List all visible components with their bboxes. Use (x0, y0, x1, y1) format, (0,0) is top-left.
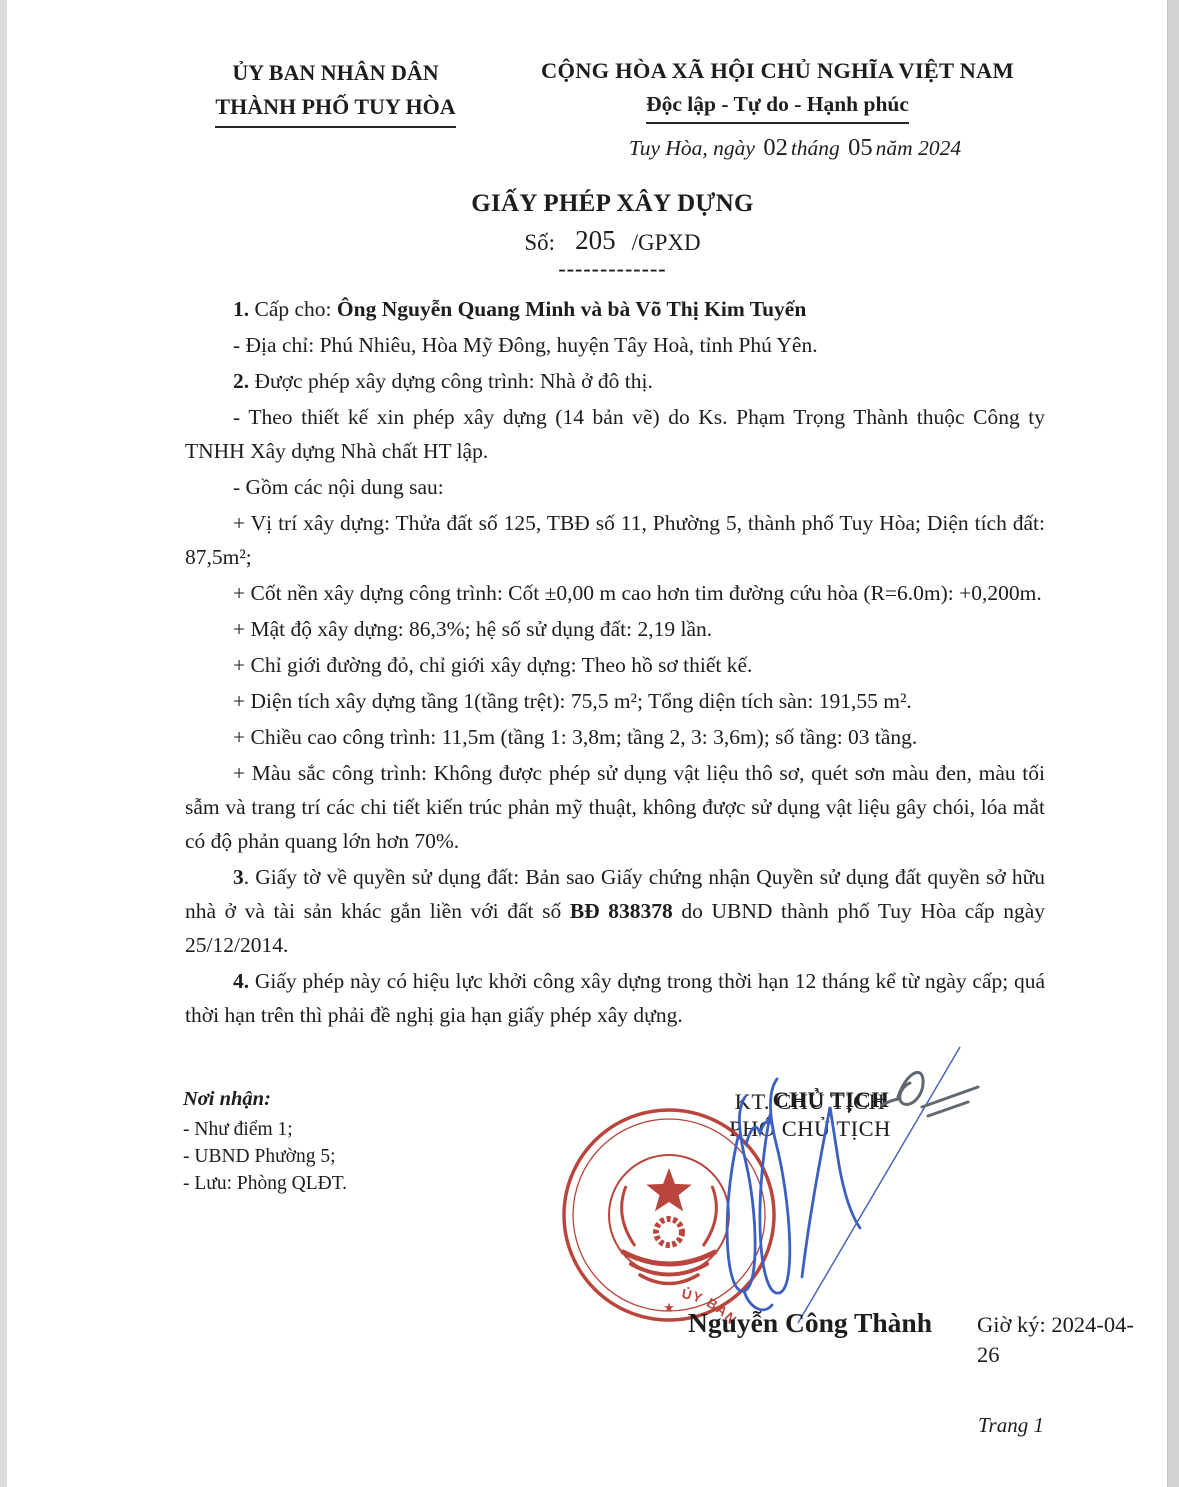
divider-dashes: ------------- (180, 256, 1045, 282)
paragraph: + Mật độ xây dựng: 86,3%; hệ số sử dụng … (185, 612, 1045, 646)
paragraph: - Theo thiết kế xin phép xây dựng (14 bả… (185, 400, 1045, 468)
national-motto: Độc lập - Tự do - Hạnh phúc (646, 88, 909, 124)
paragraph: + Cốt nền xây dựng công trình: Cốt ±0,00… (185, 576, 1045, 610)
pen-initial-mark (882, 1072, 978, 1116)
recipients-list: - Như điểm 1;- UBND Phường 5;- Lưu: Phòn… (183, 1116, 503, 1197)
number-suffix: /GPXD (632, 230, 701, 255)
recipients-label: Nơi nhận: (183, 1086, 503, 1113)
paragraph: - Địa chỉ: Phú Nhiêu, Hòa Mỹ Đông, huyện… (185, 328, 1045, 362)
date-month: 05 (845, 134, 876, 161)
document-body: 1. Cấp cho: Ông Nguyễn Quang Minh và bà … (185, 292, 1045, 1034)
date-day: 02 (760, 134, 791, 161)
paragraph: 3. Giấy tờ về quyền sử dụng đất: Bản sao… (185, 860, 1045, 962)
paragraph: + Diện tích xây dựng tầng 1(tầng trệt): … (185, 684, 1045, 718)
paragraph: 4. Giấy phép này có hiệu lực khởi công x… (185, 964, 1045, 1032)
date-line: Tuy Hòa, ngày 02tháng 05năm 2024 (565, 134, 1025, 162)
number-label: Số: (524, 230, 555, 255)
paragraph: - Gồm các nội dung sau: (185, 470, 1045, 504)
recipient-item: - UBND Phường 5; (183, 1143, 503, 1170)
paragraph: 1. Cấp cho: Ông Nguyễn Quang Minh và bà … (185, 292, 1045, 326)
document-page: ỦY BAN NHÂN DÂN THÀNH PHỐ TUY HÒA CỘNG H… (0, 0, 1179, 1487)
national-title: CỘNG HÒA XÃ HỘI CHỦ NGHĨA VIỆT NAM (525, 54, 1030, 88)
signer-name: Nguyễn Công Thành (650, 1307, 970, 1339)
paragraph: + Màu sắc công trình: Không được phép sử… (185, 756, 1045, 858)
issuer-name: ỦY BAN NHÂN DÂN (188, 56, 483, 90)
paragraph: + Vị trí xây dựng: Thửa đất số 125, TBĐ … (185, 506, 1045, 574)
paragraph: + Chỉ giới đường đỏ, chỉ giới xây dựng: … (185, 648, 1045, 682)
recipient-item: - Lưu: Phòng QLĐT. (183, 1170, 503, 1197)
paragraph: 2. Được phép xây dựng công trình: Nhà ở … (185, 364, 1045, 398)
recipient-item: - Như điểm 1; (183, 1116, 503, 1143)
permit-number: 205 (575, 225, 616, 255)
document-number-line: Số:205/GPXD (180, 226, 1045, 257)
issuer-block: ỦY BAN NHÂN DÂN THÀNH PHỐ TUY HÒA (188, 56, 483, 128)
issuer-city: THÀNH PHỐ TUY HÒA (215, 90, 455, 128)
document-title: GIẤY PHÉP XÂY DỰNG (180, 190, 1045, 218)
sign-time: Giờ ký: 2024-04-26 (977, 1310, 1155, 1370)
recipients-block: Nơi nhận: - Như điểm 1;- UBND Phường 5;-… (183, 1086, 503, 1197)
page-number: Trang 1 (978, 1413, 1044, 1438)
scan-edge-right (1167, 0, 1179, 1487)
scan-edge-left (0, 0, 7, 1487)
paragraph: + Chiều cao công trình: 11,5m (tầng 1: 3… (185, 720, 1045, 754)
national-motto-block: CỘNG HÒA XÃ HỘI CHỦ NGHĨA VIỆT NAM Độc l… (525, 54, 1030, 124)
handwritten-signature (660, 1025, 990, 1345)
